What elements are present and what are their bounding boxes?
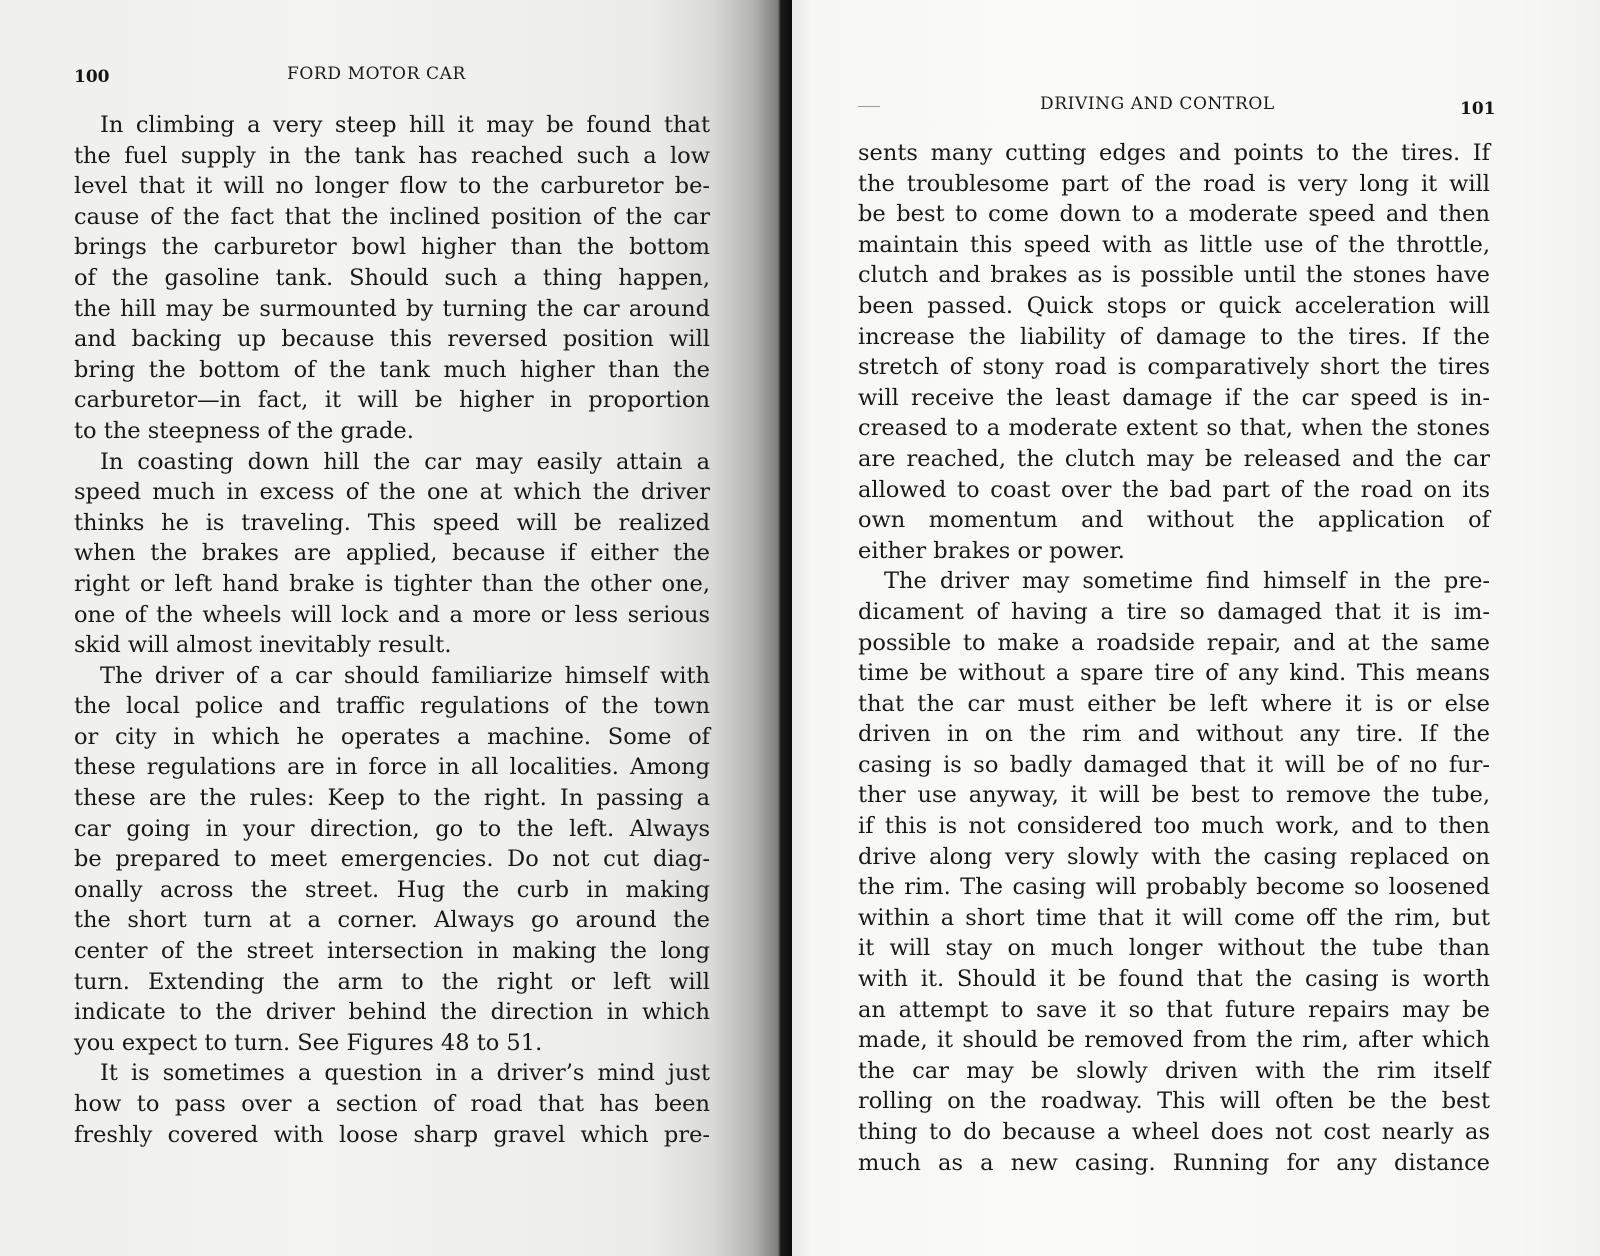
text-line: level that it will no longer flow to the… (74, 171, 710, 202)
text-line: creased to a moderate extent so that, wh… (858, 413, 1490, 444)
text-line: stretch of stony road is comparatively s… (858, 352, 1490, 383)
text-line: center of the street intersection in mak… (74, 936, 710, 967)
text-line: own momentum and without the application… (858, 505, 1490, 536)
text-line: dicament of having a tire so damaged tha… (858, 597, 1490, 628)
text-line: of the gasoline tank. Should such a thin… (74, 263, 710, 294)
text-line: either brakes or power. (858, 536, 1490, 567)
text-line: right or left hand brake is tighter than… (74, 569, 710, 600)
body-text: sents many cutting edges and points to t… (858, 138, 1490, 1178)
text-line: be best to come down to a moderate speed… (858, 199, 1490, 230)
left-page: 100 FORD MOTOR CAR In climbing a very st… (0, 0, 792, 1256)
text-line: it will stay on much longer without the … (858, 933, 1490, 964)
text-line: one of the wheels will lock and a more o… (74, 600, 710, 631)
text-line: if this is not considered too much work,… (858, 811, 1490, 842)
text-line: the hill may be surmounted by turning th… (74, 294, 710, 325)
text-line: or city in which he operates a machine. … (74, 722, 710, 753)
text-line: skid will almost inevitably result. (74, 630, 710, 661)
text-line: The driver may sometime find himself in … (858, 566, 1490, 597)
text-line: turn. Extending the arm to the right or … (74, 967, 710, 998)
text-line: drive along very slowly with the casing … (858, 842, 1490, 873)
text-line: indicate to the driver behind the direct… (74, 997, 710, 1028)
text-line: the rim. The casing will probably become… (858, 872, 1490, 903)
text-line: the fuel supply in the tank has reached … (74, 141, 710, 172)
text-line: are reached, the clutch may be released … (858, 444, 1490, 475)
text-line: the car may be slowly driven with the ri… (858, 1056, 1490, 1087)
text-line: In climbing a very steep hill it may be … (74, 110, 710, 141)
text-line: when the brakes are applied, because if … (74, 538, 710, 569)
text-line: to the steepness of the grade. (74, 416, 710, 447)
text-line: you expect to turn. See Figures 48 to 51… (74, 1028, 710, 1059)
text-line: rolling on the roadway. This will often … (858, 1086, 1490, 1117)
stray-mark (858, 106, 880, 107)
text-line: driven in on the rim and without any tir… (858, 719, 1490, 750)
running-head: DRIVING AND CONTROL (1040, 94, 1275, 114)
text-line: with it. Should it be found that the cas… (858, 964, 1490, 995)
text-line: allowed to coast over the bad part of th… (858, 475, 1490, 506)
text-line: an attempt to save it so that future rep… (858, 995, 1490, 1026)
text-line: clutch and brakes as is possible until t… (858, 260, 1490, 291)
text-line: and backing up because this reversed pos… (74, 324, 710, 355)
body-text: In climbing a very steep hill it may be … (74, 110, 710, 1150)
text-line: the troublesome part of the road is very… (858, 169, 1490, 200)
book-spread: 100 FORD MOTOR CAR In climbing a very st… (0, 0, 1600, 1256)
text-line: onally across the street. Hug the curb i… (74, 875, 710, 906)
text-line: maintain this speed with as little use o… (858, 230, 1490, 261)
text-line: car going in your direction, go to the l… (74, 814, 710, 845)
text-line: sents many cutting edges and points to t… (858, 138, 1490, 169)
page-number: 101 (1460, 99, 1496, 119)
text-line: thinks he is traveling. This speed will … (74, 508, 710, 539)
text-line: that the car must either be left where i… (858, 689, 1490, 720)
text-line: much as a new casing. Running for any di… (858, 1148, 1490, 1179)
text-line: time be without a spare tire of any kind… (858, 658, 1490, 689)
text-line: brings the carburetor bowl higher than t… (74, 232, 710, 263)
text-line: within a short time that it will come of… (858, 903, 1490, 934)
text-line: speed much in excess of the one at which… (74, 477, 710, 508)
text-line: possible to make a roadside repair, and … (858, 628, 1490, 659)
text-line: these are the rules: Keep to the right. … (74, 783, 710, 814)
text-line: bring the bottom of the tank much higher… (74, 355, 710, 386)
text-line: The driver of a car should familiarize h… (74, 661, 710, 692)
page-number: 100 (74, 67, 110, 87)
text-line: be prepared to meet emergencies. Do not … (74, 844, 710, 875)
text-line: carburetor—in fact, it will be higher in… (74, 385, 710, 416)
text-line: casing is so badly damaged that it will … (858, 750, 1490, 781)
text-line: the short turn at a corner. Always go ar… (74, 905, 710, 936)
text-line: increase the liability of damage to the … (858, 322, 1490, 353)
text-line: cause of the fact that the inclined posi… (74, 202, 710, 233)
running-head: FORD MOTOR CAR (287, 64, 466, 84)
text-line: freshly covered with loose sharp gravel … (74, 1120, 710, 1151)
text-line: these regulations are in force in all lo… (74, 752, 710, 783)
text-line: It is sometimes a question in a driver’s… (74, 1058, 710, 1089)
text-line: the local police and traffic regulations… (74, 691, 710, 722)
right-page: DRIVING AND CONTROL 101 sents many cutti… (792, 0, 1600, 1256)
text-line: how to pass over a section of road that … (74, 1089, 710, 1120)
text-line: will receive the least damage if the car… (858, 383, 1490, 414)
text-line: ther use anyway, it will be best to remo… (858, 780, 1490, 811)
text-line: thing to do because a wheel does not cos… (858, 1117, 1490, 1148)
text-line: In coasting down hill the car may easily… (74, 447, 710, 478)
text-line: been passed. Quick stops or quick accele… (858, 291, 1490, 322)
text-line: made, it should be removed from the rim,… (858, 1025, 1490, 1056)
